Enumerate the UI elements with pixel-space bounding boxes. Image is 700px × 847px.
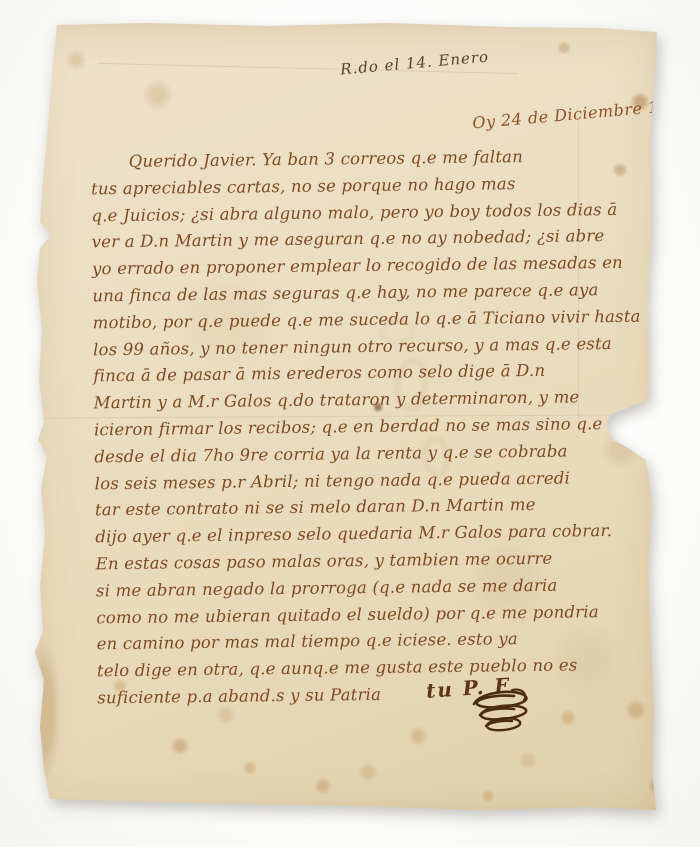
letter-line: suficiente p.a aband.s y su Patria [97, 679, 645, 712]
signature-rubric-flourish [466, 686, 540, 742]
dateline: Oy 24 de Diciembre 1824 [472, 95, 692, 133]
letter-paper: R.do el 14. Enero Oy 24 de Diciembre 182… [28, 20, 664, 820]
letter-paper-wrap: R.do el 14. Enero Oy 24 de Diciembre 182… [28, 20, 664, 820]
docket-note: R.do el 14. Enero [339, 48, 489, 79]
letter-body: Querido Javier. Ya ban 3 correos q.e me … [91, 143, 646, 712]
